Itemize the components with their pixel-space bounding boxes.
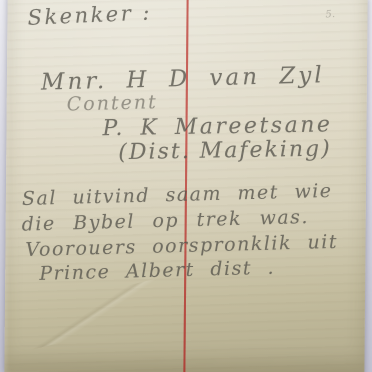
heading-skenker: Skenker : <box>27 0 152 29</box>
paper-crease <box>12 278 167 352</box>
address-line-name: Mnr. H D van Zyl <box>41 62 325 95</box>
note-body-line: Sal uitvind saam met wie <box>22 180 333 210</box>
paper-sheet: Skenker : 5. Mnr. H D van Zyl Content P.… <box>4 0 367 372</box>
note-body-line: Voorouers oorspronklik uit <box>25 231 338 261</box>
address-line-district: (Dist. Mafeking) <box>118 136 332 165</box>
photo-backdrop: Skenker : 5. Mnr. H D van Zyl Content P.… <box>0 0 372 372</box>
note-body-line: Prince Albert dist . <box>39 257 275 285</box>
note-body-line: die Bybel op trek was. <box>21 206 309 236</box>
page-mark: 5. <box>325 9 335 21</box>
address-line-farm: Content <box>66 91 158 115</box>
